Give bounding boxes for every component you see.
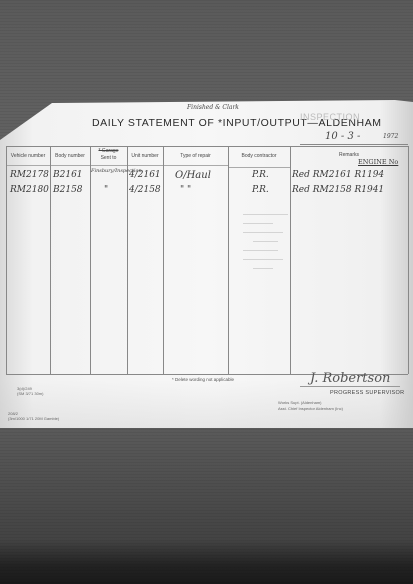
header-body-number: Body number (50, 153, 90, 159)
form-code-1b: (SM 3/71 30m) (17, 391, 43, 396)
col-divider (408, 146, 409, 374)
cell-body: B2161 (53, 170, 83, 180)
header-unit-number: Unit number (127, 153, 163, 159)
cell-sent-to: " (104, 185, 108, 195)
col-divider (50, 146, 51, 374)
form-code-2b: (3m/1000 1/71 20M Gamble) (8, 416, 59, 421)
cell-vehicle: RM2180 (10, 185, 49, 195)
signature-line (300, 386, 400, 387)
inspection-label: INSPECTION (300, 112, 360, 122)
bottom-shadow (0, 540, 413, 584)
header-sent-to: Sent to (90, 155, 127, 161)
cell-vehicle: RM2178 (10, 170, 49, 180)
table-top-border (6, 146, 408, 147)
cell-repair: O/Haul (175, 170, 211, 181)
header-body-contractor: Body contractor (228, 153, 290, 159)
col-divider (163, 146, 164, 374)
cell-contractor: P.R. (252, 185, 269, 195)
cell-remarks: Red RM2158 R1941 (292, 185, 384, 195)
cell-body: B2158 (53, 185, 83, 195)
distribution-2: Asst. Chief Inspector Aldenham (Inc) (278, 406, 343, 411)
remarks-engine-no: ENGINE No (358, 158, 398, 166)
cell-unit: 4/2161 (129, 170, 161, 180)
bleed-through-marks (243, 208, 313, 288)
header-bottom-border-contractor (228, 167, 290, 168)
col-divider (127, 146, 128, 374)
signature-title: PROGRESS SUPERVISOR (330, 390, 404, 396)
cell-remarks: Red RM2161 R1194 (292, 170, 384, 180)
header-type-of-repair: Type of repair (163, 153, 228, 159)
header-vehicle-number: Vehicle number (6, 153, 50, 159)
year-suffix: 1972 (383, 133, 398, 140)
signature: J. Robertson (310, 371, 390, 386)
cell-repair: " " (180, 185, 191, 195)
footnote: * Delete wording not applicable (172, 377, 234, 382)
col-divider (6, 146, 7, 374)
date-handwritten: 10 - 3 - (325, 131, 360, 142)
header-garage: * Garage (90, 148, 127, 154)
cell-unit: 4/2158 (129, 185, 161, 195)
header-bottom-border (6, 165, 228, 166)
cell-contractor: P.R. (252, 170, 269, 180)
date-underline (300, 144, 408, 145)
col-divider (228, 146, 229, 374)
title-annotation: Finished & Clark (187, 104, 239, 111)
distribution-1: Works Supt. (Aldenham) (278, 400, 322, 405)
col-divider (90, 146, 91, 374)
